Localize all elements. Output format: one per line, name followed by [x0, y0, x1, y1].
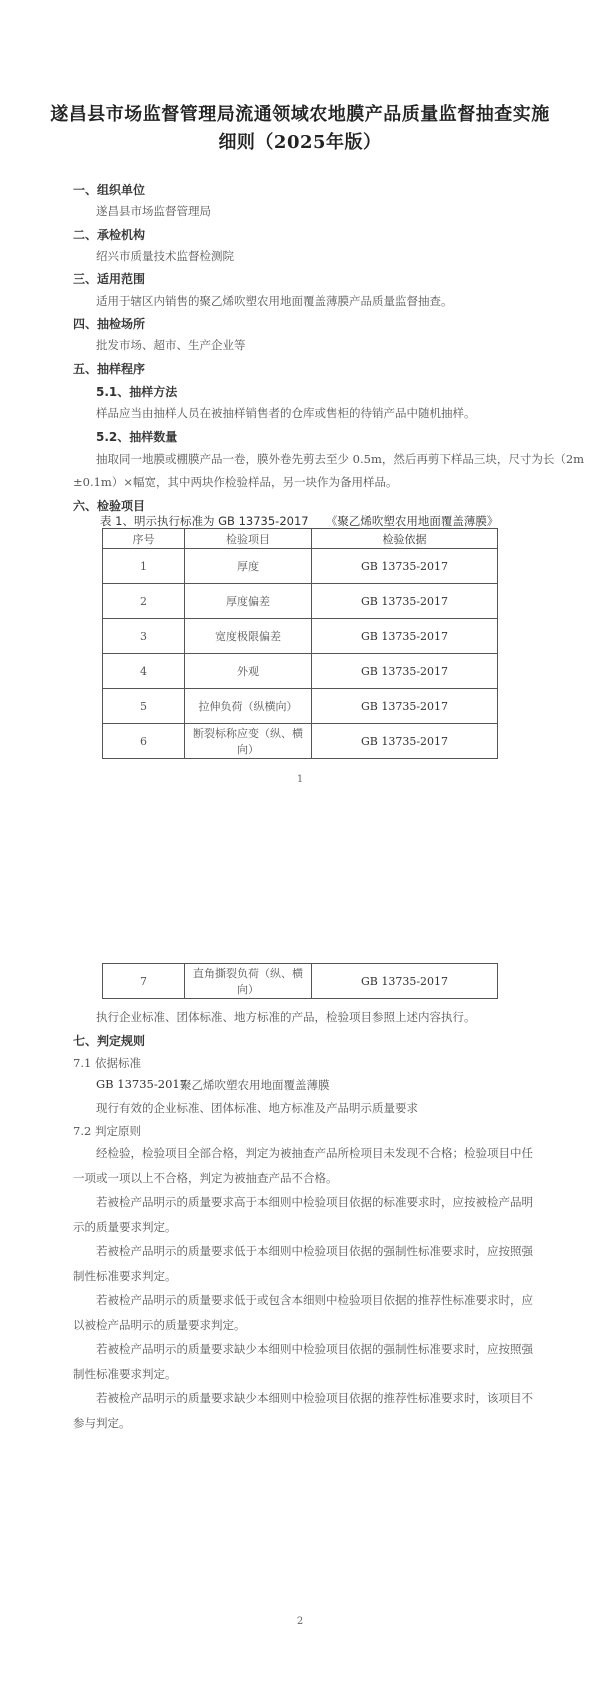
subsection-heading-principles: 7.2 判定原则 [73, 1123, 141, 1139]
table-header-cell: 序号 [103, 529, 185, 549]
principle-paragraph: 若被检产品明示的质量要求缺少本细则中检验项目依据的强制性标准要求时，应按照强制性… [73, 1337, 533, 1386]
table-cell-index: 4 [103, 654, 185, 689]
page-number: 1 [0, 774, 600, 785]
table-row: 3 宽度极限偏差 GB 13735-2017 [103, 619, 498, 654]
table-cell-item: 直角撕裂负荷（纵、横向） [185, 964, 312, 999]
section-text-scope: 适用于辖区内销售的聚乙烯吹塑农用地面覆盖薄膜产品质量监督抽查。 [96, 293, 453, 309]
standard-code: GB 13735-2017 [96, 1077, 187, 1091]
subsection-text-sampling-quantity-line1: 抽取同一地膜或棚膜产品一卷，膜外卷先剪去至少 0.5m，然后再剪下样品三块，尺寸… [96, 451, 584, 467]
table-cell-item: 外观 [185, 654, 312, 689]
table-row: 7 直角撕裂负荷（纵、横向） GB 13735-2017 [103, 964, 498, 999]
table-cell-standard: GB 13735-2017 [312, 654, 498, 689]
section-heading-organizer: 一、组织单位 [73, 181, 145, 198]
table-cell-standard: GB 13735-2017 [312, 549, 498, 584]
principle-paragraph: 若被检产品明示的质量要求低于或包含本细则中检验项目依据的推荐性标准要求时，应以被… [73, 1288, 533, 1337]
table-cell-standard: GB 13735-2017 [312, 964, 498, 999]
table-header-cell: 检验依据 [312, 529, 498, 549]
section-heading-scope: 三、适用范围 [73, 270, 145, 287]
table-cell-item: 厚度 [185, 549, 312, 584]
table-cell-item: 拉伸负荷（纵横向） [185, 689, 312, 724]
document-title-line1: 遂昌县市场监督管理局流通领域农地膜产品质量监督抽查实施 [0, 100, 600, 126]
table-header-row: 序号 检验项目 检验依据 [103, 529, 498, 549]
section-heading-sampling-sites: 四、抽检场所 [73, 315, 145, 332]
table-caption: 表 1、明示执行标准为 GB 13735-2017 《聚乙烯吹塑农用地面覆盖薄膜… [100, 513, 500, 529]
table-header-cell: 检验项目 [185, 529, 312, 549]
standard-name: 聚乙烯吹塑农用地面覆盖薄膜 [180, 1077, 330, 1093]
table-cell-index: 7 [103, 964, 185, 999]
section-text-testing-agency: 绍兴市质量技术监督检测院 [96, 248, 234, 264]
table-cell-index: 2 [103, 584, 185, 619]
table-cell-item: 断裂标称应变（纵、横向） [185, 724, 312, 759]
section-heading-judgment-rules: 七、判定规则 [73, 1032, 145, 1049]
table-row: 4 外观 GB 13735-2017 [103, 654, 498, 689]
inspection-items-table-continued: 7 直角撕裂负荷（纵、横向） GB 13735-2017 [102, 963, 498, 999]
table-cell-item: 宽度极限偏差 [185, 619, 312, 654]
table-row: 6 断裂标称应变（纵、横向） GB 13735-2017 [103, 724, 498, 759]
table-cell-index: 6 [103, 724, 185, 759]
table-cell-standard: GB 13735-2017 [312, 619, 498, 654]
table-cell-item: 厚度偏差 [185, 584, 312, 619]
table-row: 1 厚度 GB 13735-2017 [103, 549, 498, 584]
inspection-items-note: 执行企业标准、团体标准、地方标准的产品，检验项目参照上述内容执行。 [96, 1009, 476, 1025]
table-cell-index: 3 [103, 619, 185, 654]
page-number: 2 [0, 1616, 600, 1627]
subsection-text-sampling-method: 样品应当由抽样人员在被抽样销售者的仓库或售柜的待销产品中随机抽样。 [96, 405, 476, 421]
section-heading-testing-agency: 二、承检机构 [73, 226, 145, 243]
principle-paragraph: 若被检产品明示的质量要求高于本细则中检验项目依据的标准要求时，应按被检产品明示的… [73, 1190, 533, 1239]
section-text-organizer: 遂昌县市场监督管理局 [96, 203, 211, 219]
principle-paragraph: 若被检产品明示的质量要求低于本细则中检验项目依据的强制性标准要求时，应按照强制性… [73, 1239, 533, 1288]
subsection-text-sampling-quantity-line2: ±0.1m）×幅宽，其中两块作检验样品，另一块作为备用样品。 [73, 474, 397, 490]
table-cell-standard: GB 13735-2017 [312, 584, 498, 619]
standards-text: 现行有效的企业标准、团体标准、地方标准及产品明示质量要求 [96, 1100, 418, 1116]
table-cell-index: 1 [103, 549, 185, 584]
document-title-line2: 细则（2025年版） [0, 128, 600, 154]
section-text-sampling-sites: 批发市场、超市、生产企业等 [96, 337, 246, 353]
inspection-items-table: 序号 检验项目 检验依据 1 厚度 GB 13735-2017 2 厚度偏差 G… [102, 528, 498, 759]
subsection-heading-standards: 7.1 依据标准 [73, 1055, 141, 1071]
table-row: 5 拉伸负荷（纵横向） GB 13735-2017 [103, 689, 498, 724]
principle-paragraph: 经检验，检验项目全部合格，判定为被抽查产品所检项目未发现不合格；检验项目中任一项… [73, 1141, 533, 1190]
principle-paragraph: 若被检产品明示的质量要求缺少本细则中检验项目依据的推荐性标准要求时，该项目不参与… [73, 1386, 533, 1435]
table-cell-standard: GB 13735-2017 [312, 724, 498, 759]
table-row: 2 厚度偏差 GB 13735-2017 [103, 584, 498, 619]
subsection-heading-sampling-method: 5.1、抽样方法 [96, 383, 177, 400]
table-cell-index: 5 [103, 689, 185, 724]
table-cell-standard: GB 13735-2017 [312, 689, 498, 724]
section-heading-sampling-procedure: 五、抽样程序 [73, 360, 145, 377]
subsection-heading-sampling-quantity: 5.2、抽样数量 [96, 428, 177, 445]
section-heading-inspection-items: 六、检验项目 [73, 497, 145, 514]
